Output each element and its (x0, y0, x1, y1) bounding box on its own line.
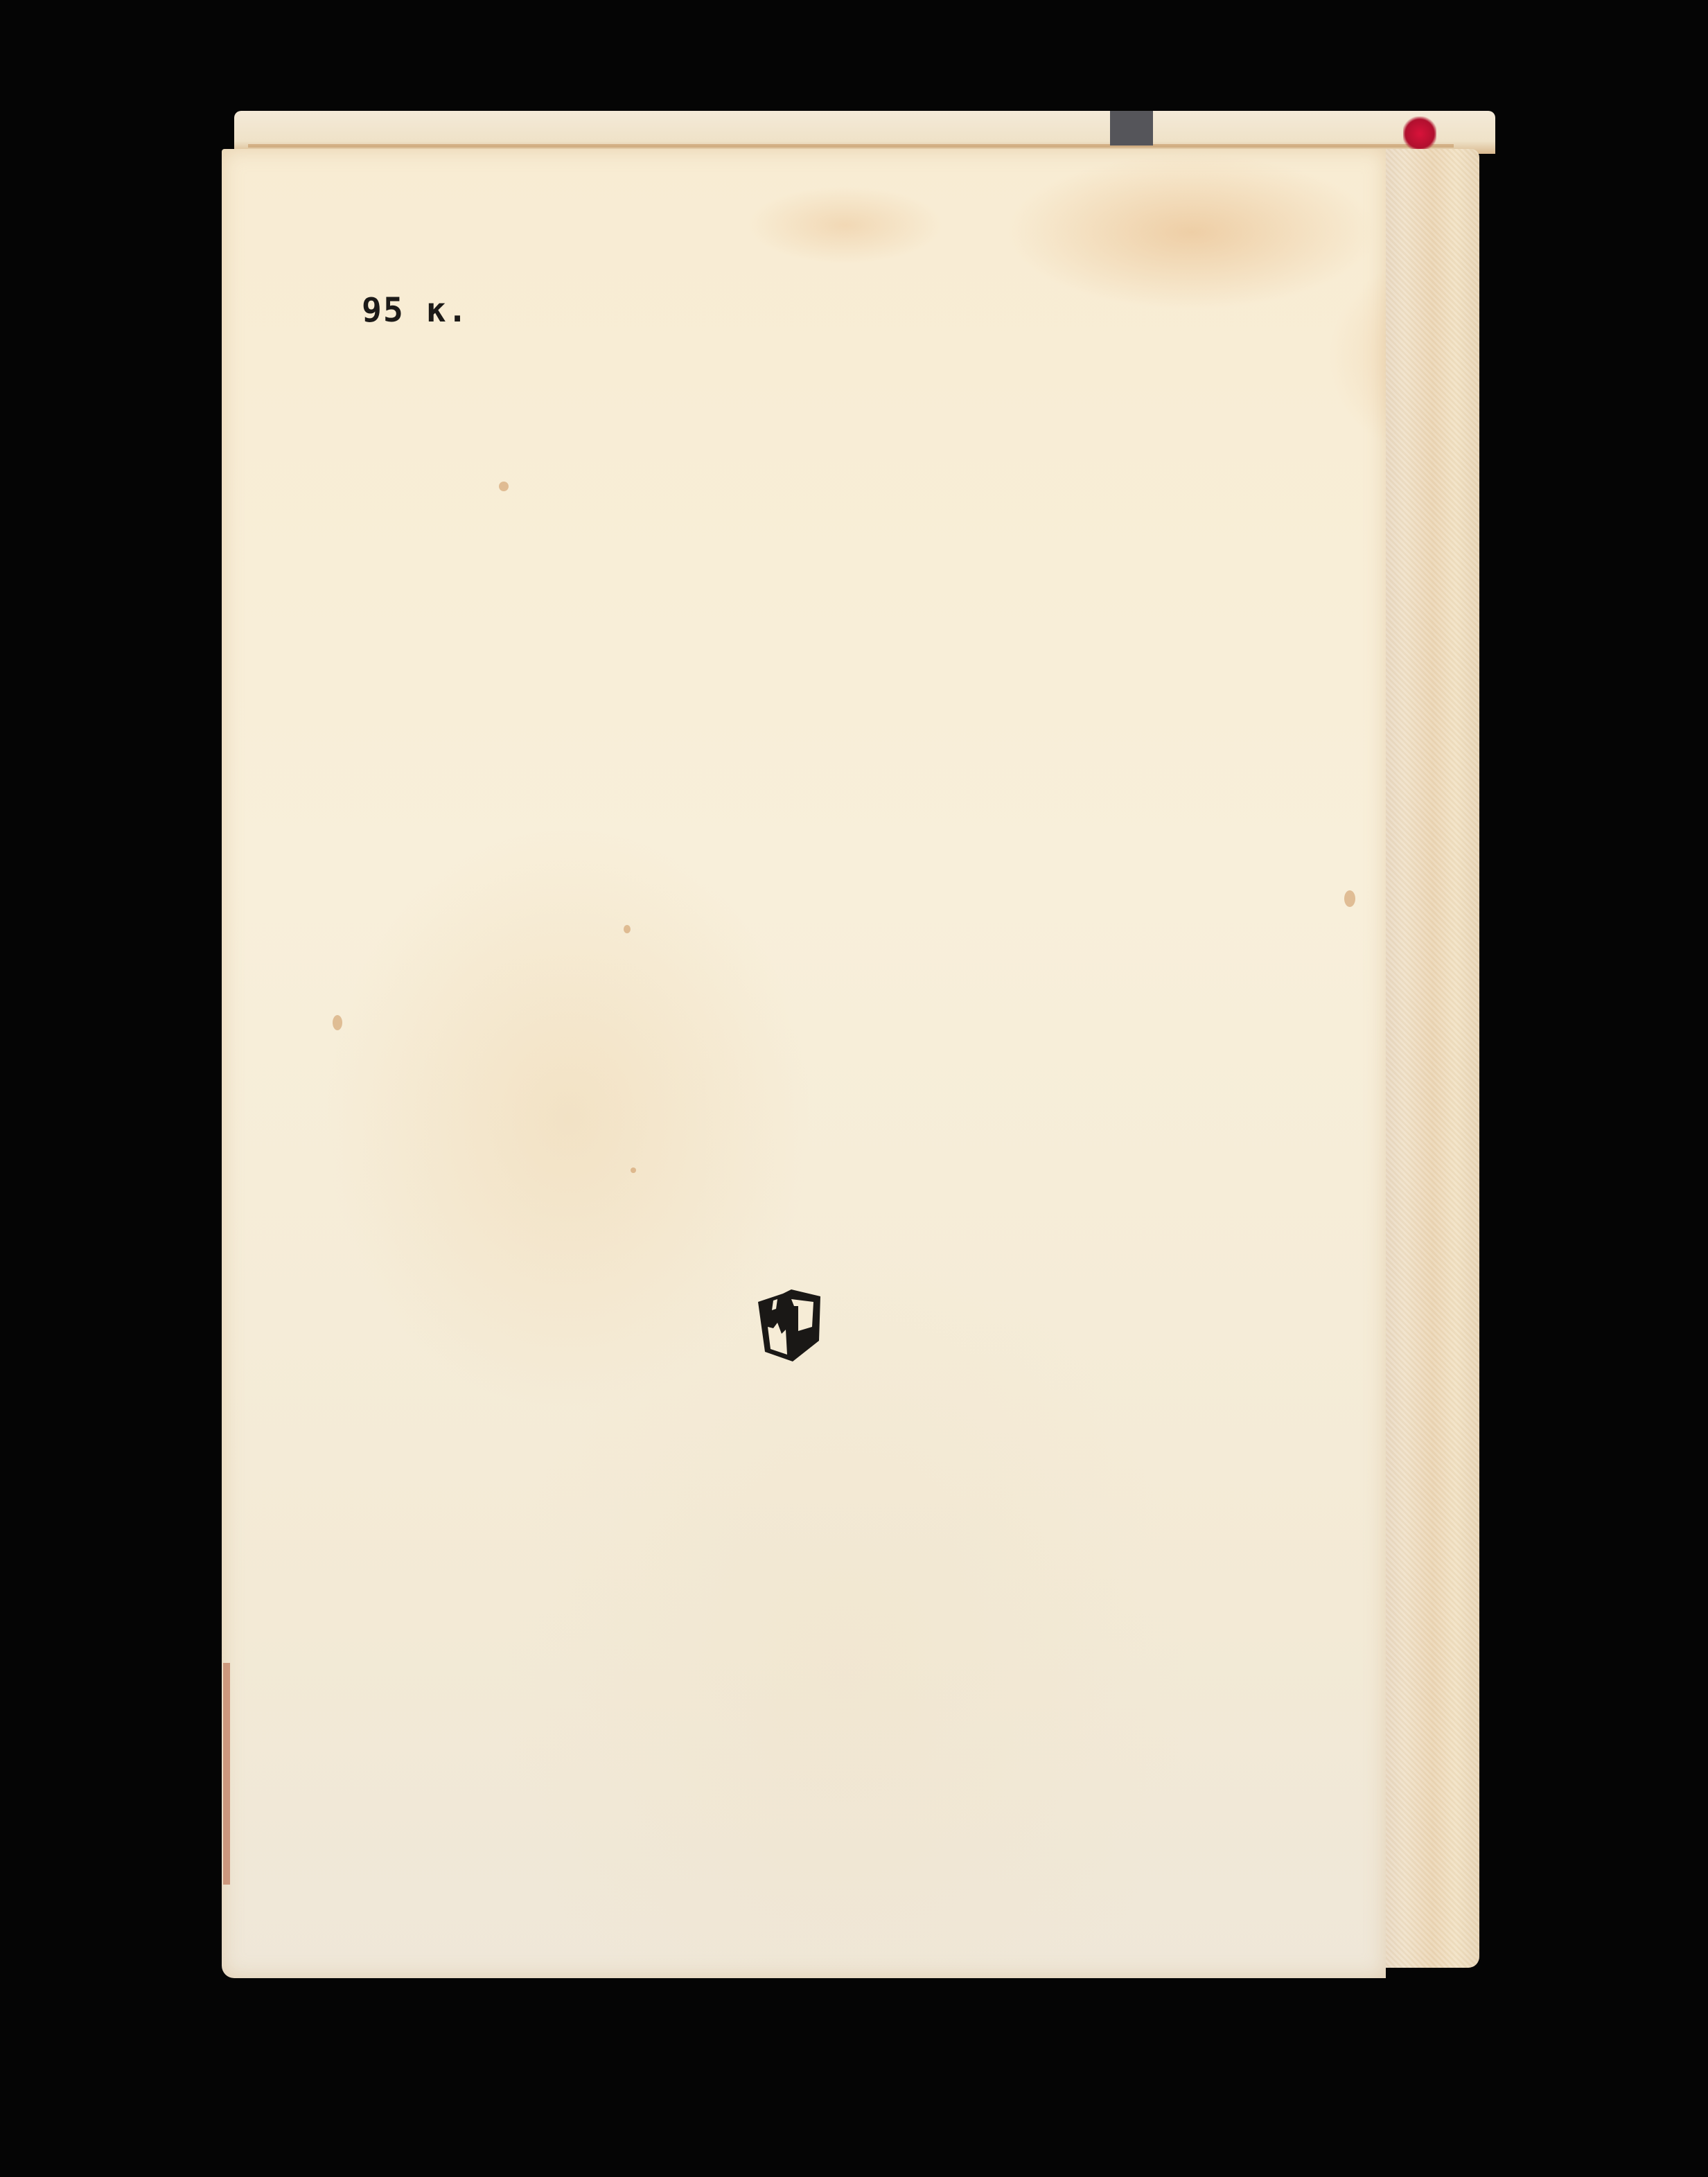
left-edge-wear (223, 1663, 230, 1885)
stain (499, 482, 509, 491)
stain (333, 1015, 342, 1030)
back-cover (222, 149, 1386, 1978)
stain (1344, 890, 1355, 907)
book-spine (1386, 149, 1479, 1968)
book-top-edge (234, 111, 1495, 154)
stain (631, 1167, 636, 1173)
publisher-emblem-icon (755, 1285, 822, 1363)
bookmark-ribbon (1403, 116, 1436, 151)
price-label: 95 к. (362, 291, 469, 330)
bookmark-tab (1110, 111, 1153, 146)
stain (624, 925, 631, 933)
